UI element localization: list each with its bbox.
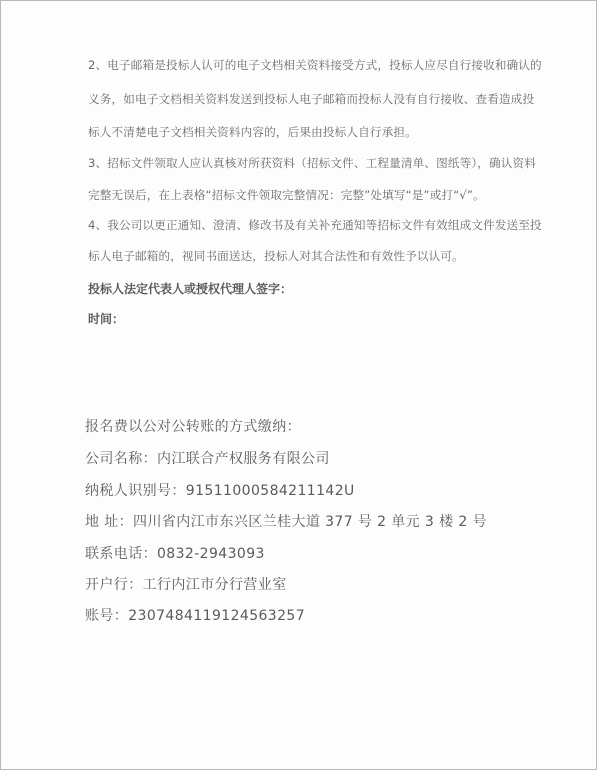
time-label: 时间：	[88, 310, 124, 327]
payment-heading: 报名费以公对公转账的方式缴纳：	[85, 416, 301, 436]
notice-2-line-3: 标人不清楚电子文档相关资料内容的，后果由投标人自行承担。	[88, 124, 417, 140]
notice-3-line-2: 完整无误后，在上表格“招标文件领取完整情况：完整”处填写“是”或打“√”。	[88, 187, 485, 203]
notice-2-line-2: 义务，如电子文档相关资料发送到投标人电子邮箱而投标人没有自行接收、查看造成投	[88, 91, 534, 107]
account-number: 账号：2307484119124563257	[85, 605, 305, 625]
company-name: 公司名称：内江联合产权服务有限公司	[85, 448, 330, 468]
notice-2-line-1: 2、电子邮箱是投标人认可的电子文档相关资料接受方式，投标人应尽自行接收和确认的	[88, 57, 542, 73]
notice-4-line-1: 4、我公司以更正通知、澄清、修改书及有关补充通知等招标文件有效组成文件发送至投	[88, 217, 542, 233]
bank: 开户行：工行内江市分行营业室	[85, 574, 287, 594]
notice-4-line-2: 标人电子邮箱的，视同书面送达，投标人对其合法性和有效性予以认可。	[88, 248, 464, 264]
signer-label: 投标人法定代表人或授权代理人签字：	[88, 280, 292, 297]
tax-id: 纳税人识别号：91511000584211142U	[85, 480, 355, 500]
notice-3-line-1: 3、招标文件领取人应认真核对所获资料（招标文件、工程量清单、图纸等），确认资料	[88, 155, 536, 171]
document-page: 2、电子邮箱是投标人认可的电子文档相关资料接受方式，投标人应尽自行接收和确认的 …	[0, 0, 597, 770]
address: 地 址：四川省内江市东兴区兰桂大道 377 号 2 单元 3 楼 2 号	[85, 511, 487, 531]
phone: 联系电话：0832-2943093	[85, 543, 265, 563]
